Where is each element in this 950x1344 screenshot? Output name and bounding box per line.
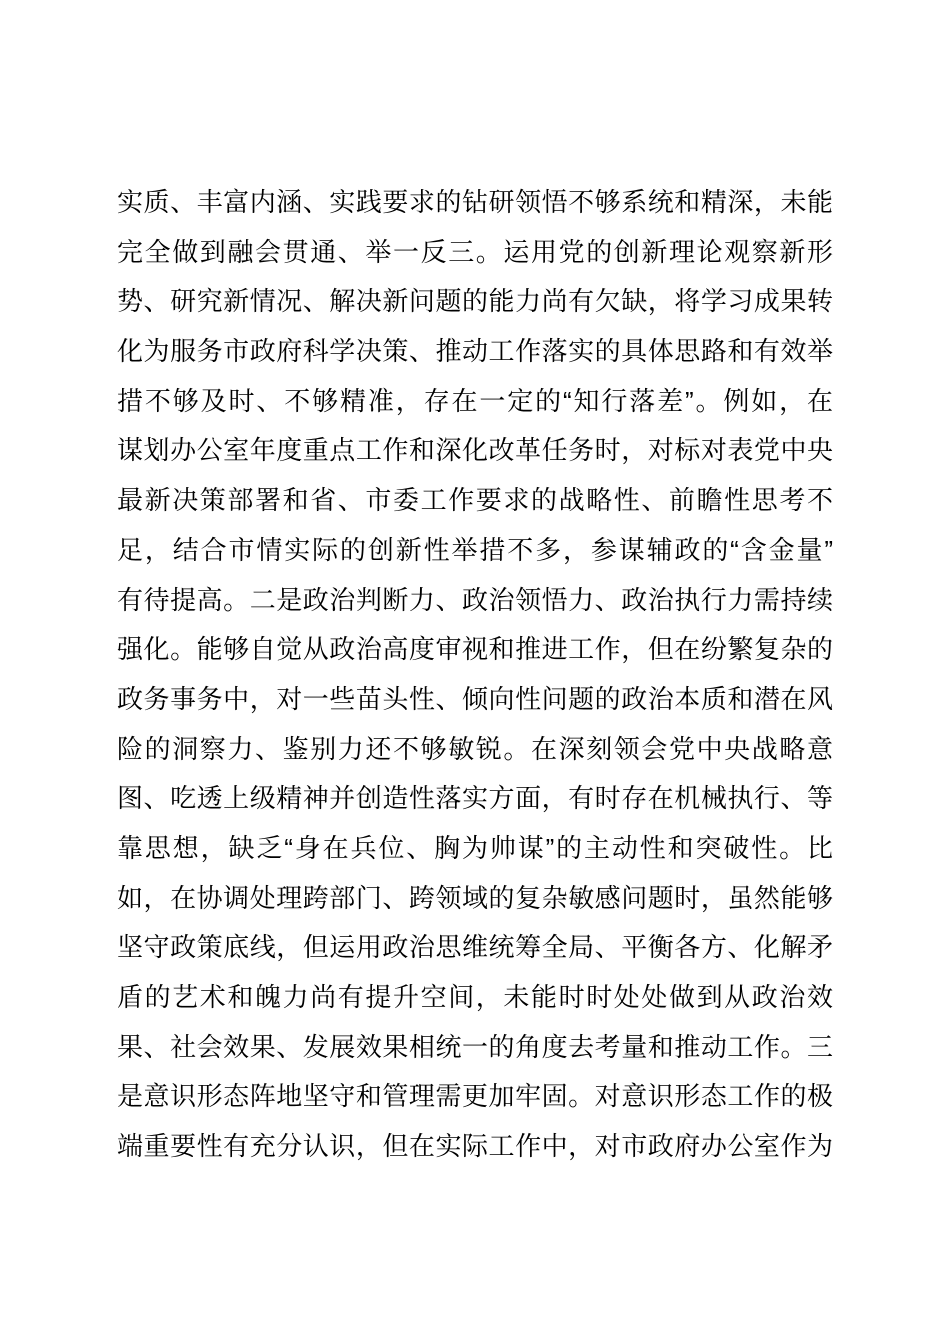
text-line: 盾的艺术和魄力尚有提升空间，未能时时处处做到从政治效 [117, 973, 833, 1023]
text-line: 强化。能够自觉从政治高度审视和推进工作，但在纷繁复杂的 [117, 625, 833, 675]
text-line: 化为服务市政府科学决策、推动工作落实的具体思路和有效举 [117, 327, 833, 377]
body-text-paragraph: 实质、丰富内涵、实践要求的钻研领悟不够系统和精深，未能 完全做到融会贯通、举一反… [117, 178, 833, 1172]
text-line: 是意识形态阵地坚守和管理需更加牢固。对意识形态工作的极 [117, 1072, 833, 1122]
text-line: 实质、丰富内涵、实践要求的钻研领悟不够系统和精深，未能 [117, 178, 833, 228]
text-line: 政务事务中，对一些苗头性、倾向性问题的政治本质和潜在风 [117, 675, 833, 725]
text-line: 坚守政策底线，但运用政治思维统筹全局、平衡各方、化解矛 [117, 923, 833, 973]
text-line: 有待提高。二是政治判断力、政治领悟力、政治执行力需持续 [117, 576, 833, 626]
text-line: 端重要性有充分认识，但在实际工作中，对市政府办公室作为 [117, 1122, 833, 1172]
text-line: 险的洞察力、鉴别力还不够敏锐。在深刻领会党中央战略意 [117, 725, 833, 775]
document-page: 实质、丰富内涵、实践要求的钻研领悟不够系统和精深，未能 完全做到融会贯通、举一反… [0, 0, 950, 1344]
text-line: 措不够及时、不够精准，存在一定的“知行落差”。例如，在 [117, 377, 833, 427]
text-line: 势、研究新情况、解决新问题的能力尚有欠缺，将学习成果转 [117, 277, 833, 327]
text-line: 图、吃透上级精神并创造性落实方面，有时存在机械执行、等 [117, 774, 833, 824]
text-line: 靠思想，缺乏“身在兵位、胸为帅谋”的主动性和突破性。比 [117, 824, 833, 874]
text-line: 完全做到融会贯通、举一反三。运用党的创新理论观察新形 [117, 228, 833, 278]
text-line: 谋划办公室年度重点工作和深化改革任务时，对标对表党中央 [117, 426, 833, 476]
text-line: 如，在协调处理跨部门、跨领域的复杂敏感问题时，虽然能够 [117, 874, 833, 924]
text-line: 最新决策部署和省、市委工作要求的战略性、前瞻性思考不 [117, 476, 833, 526]
text-line: 足，结合市情实际的创新性举措不多，参谋辅政的“含金量” [117, 526, 833, 576]
text-line: 果、社会效果、发展效果相统一的角度去考量和推动工作。三 [117, 1023, 833, 1073]
